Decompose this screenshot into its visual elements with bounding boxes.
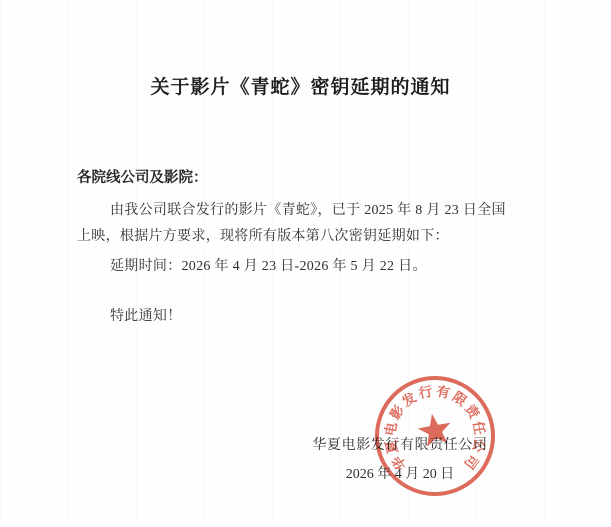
body-line-extension-intro: 上映，根据片方要求，现将所有版本第八次密钥延期如下： [77,225,449,245]
signature-date: 2026 年 4 月 20 日 [310,467,490,483]
salutation: 各院线公司及影院： [77,166,208,187]
body-line-release-info: 由我公司联合发行的影片《青蛇》，已于 2025 年 8 月 23 日全国 [77,199,506,219]
body-line-extension-period: 延期时间：2026 年 4 月 23 日-2026 年 5 月 22 日。 [77,255,427,275]
notice-title: 关于影片《青蛇》密钥延期的通知 [0,72,601,99]
company-name: 华夏电影发行有限责任公司 [310,438,490,454]
closing-statement: 特此通知！ [77,305,182,325]
notice-document: 关于影片《青蛇》密钥延期的通知 各院线公司及影院： 由我公司联合发行的影片《青蛇… [0,0,611,527]
signature-block: 华夏电影发行有限责任公司 2026 年 4 月 20 日 [310,438,490,483]
